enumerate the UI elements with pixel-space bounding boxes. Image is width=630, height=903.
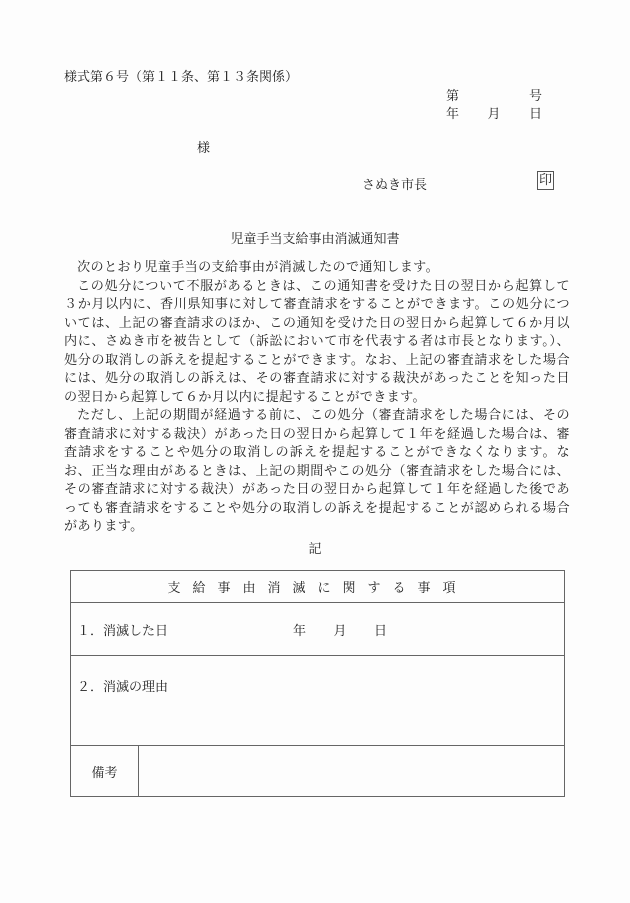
date-day: 日 [529,103,542,122]
date-year: 年 [446,103,459,122]
number-prefix: 第 [446,85,459,104]
seal-mark: 印 [537,171,554,190]
remarks-label: 備考 [71,746,139,797]
recipient-suffix: 様 [197,137,210,156]
extinction-reason-row: ２．消滅の理由 [71,656,565,746]
body-paragraph: この処分について不服があるときは、この通知書を受けた日の翌日から起算して３か月以… [64,278,570,408]
table-heading: 支給事由消滅に関する事項 [71,571,565,603]
extinction-day: 日 [374,620,387,639]
document-title: 児童手当支給事由消滅通知書 [0,228,630,247]
date-month: 月 [487,103,500,122]
document-number: 第 号 [446,85,542,104]
detail-table: 支給事由消滅に関する事項 １．消滅した日 年 月 日 ２．消滅の理由 備考 [70,570,565,797]
extinction-year: 年 [293,620,306,639]
remarks-field [139,746,565,797]
issuer-name: さぬき市長 [362,174,427,193]
notice-body: 次のとおり児童手当の支給事由が消滅したので通知します。 この処分について不服があ… [64,259,570,537]
document-date: 年 月 日 [446,103,542,122]
extinction-date-row: １．消滅した日 年 月 日 [71,603,565,656]
extinction-month: 月 [333,620,346,639]
extinction-date-label: １．消滅した日 [77,620,293,639]
ki-label: 記 [0,538,630,557]
form-identifier: 様式第６号（第１１条、第１３条関係） [64,66,298,85]
body-paragraph: ただし、上記の期間が経過する前に、この処分（審査請求をした場合には、その審査請求… [64,407,570,537]
number-suffix: 号 [529,85,542,104]
extinction-reason-label: ２．消滅の理由 [77,680,168,695]
body-paragraph: 次のとおり児童手当の支給事由が消滅したので通知します。 [64,259,570,278]
